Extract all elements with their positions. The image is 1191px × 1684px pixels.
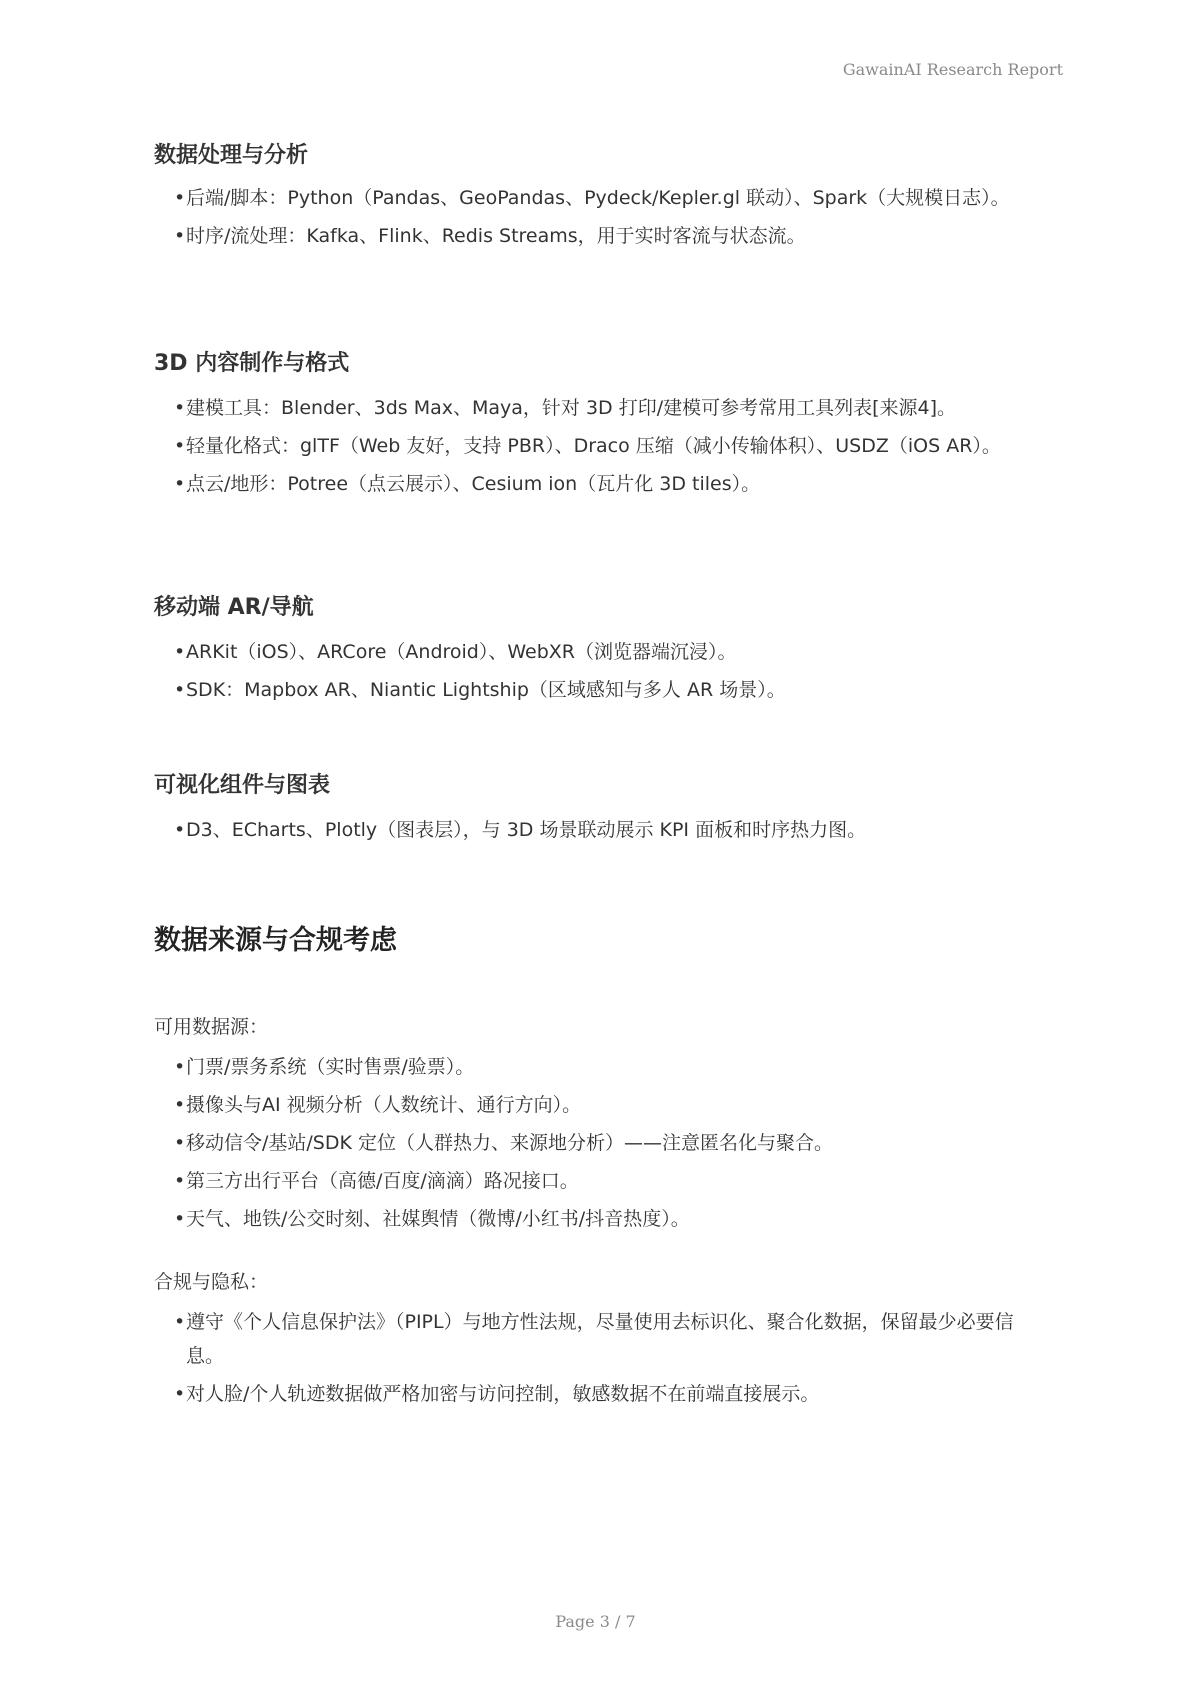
list-item: 点云/地形：Potree（点云展示）、Cesium ion（瓦片化 3D til… xyxy=(174,467,1034,501)
data-sources-list: 门票/票务系统（实时售票/验票）。 摄像头与AI 视频分析（人数统计、通行方向）… xyxy=(174,1050,1034,1240)
section-heading-data-processing: 数据处理与分析 xyxy=(154,138,308,169)
section-heading-compliance: 数据来源与合规考虑 xyxy=(154,918,397,957)
list-item: 第三方出行平台（高德/百度/滴滴）路况接口。 xyxy=(174,1164,1034,1198)
list-item: 时序/流处理：Kafka、Flink、Redis Streams，用于实时客流与… xyxy=(174,219,1034,253)
section-heading-mobile-ar: 移动端 AR/导航 xyxy=(154,590,314,621)
list-item: ARKit（iOS）、ARCore（Android）、WebXR（浏览器端沉浸）… xyxy=(174,635,1034,669)
data-processing-list: 后端/脚本：Python（Pandas、GeoPandas、Pydeck/Kep… xyxy=(174,181,1034,257)
privacy-list: 遵守《个人信息保护法》（PIPL）与地方性法规，尽量使用去标识化、聚合化数据，保… xyxy=(174,1305,1034,1415)
page-number: Page 3 / 7 xyxy=(0,1612,1191,1631)
list-item: 建模工具：Blender、3ds Max、Maya，针对 3D 打印/建模可参考… xyxy=(174,391,1034,425)
mobile-ar-list: ARKit（iOS）、ARCore（Android）、WebXR（浏览器端沉浸）… xyxy=(174,635,1034,711)
sources-label: 可用数据源： xyxy=(154,1012,268,1039)
list-item: 对人脸/个人轨迹数据做严格加密与访问控制，敏感数据不在前端直接展示。 xyxy=(174,1377,1034,1411)
list-item: 遵守《个人信息保护法》（PIPL）与地方性法规，尽量使用去标识化、聚合化数据，保… xyxy=(174,1305,1034,1373)
list-item: 门票/票务系统（实时售票/验票）。 xyxy=(174,1050,1034,1084)
list-item: 轻量化格式：glTF（Web 友好，支持 PBR）、Draco 压缩（减小传输体… xyxy=(174,429,1034,463)
list-item: D3、ECharts、Plotly（图表层），与 3D 场景联动展示 KPI 面… xyxy=(174,813,1034,847)
list-item: 天气、地铁/公交时刻、社媒舆情（微博/小红书/抖音热度）。 xyxy=(174,1202,1034,1236)
list-item: 后端/脚本：Python（Pandas、GeoPandas、Pydeck/Kep… xyxy=(174,181,1034,215)
section-heading-visualization: 可视化组件与图表 xyxy=(154,768,330,799)
section-heading-3d-content: 3D 内容制作与格式 xyxy=(154,346,349,377)
visualization-list: D3、ECharts、Plotly（图表层），与 3D 场景联动展示 KPI 面… xyxy=(174,813,1034,851)
3d-content-list: 建模工具：Blender、3ds Max、Maya，针对 3D 打印/建模可参考… xyxy=(174,391,1034,505)
list-item: SDK：Mapbox AR、Niantic Lightship（区域感知与多人 … xyxy=(174,673,1034,707)
privacy-label: 合规与隐私： xyxy=(154,1267,268,1294)
list-item: 移动信令/基站/SDK 定位（人群热力、来源地分析）——注意匿名化与聚合。 xyxy=(174,1126,1034,1160)
report-header: GawainAI Research Report xyxy=(843,60,1063,79)
list-item: 摄像头与AI 视频分析（人数统计、通行方向）。 xyxy=(174,1088,1034,1122)
